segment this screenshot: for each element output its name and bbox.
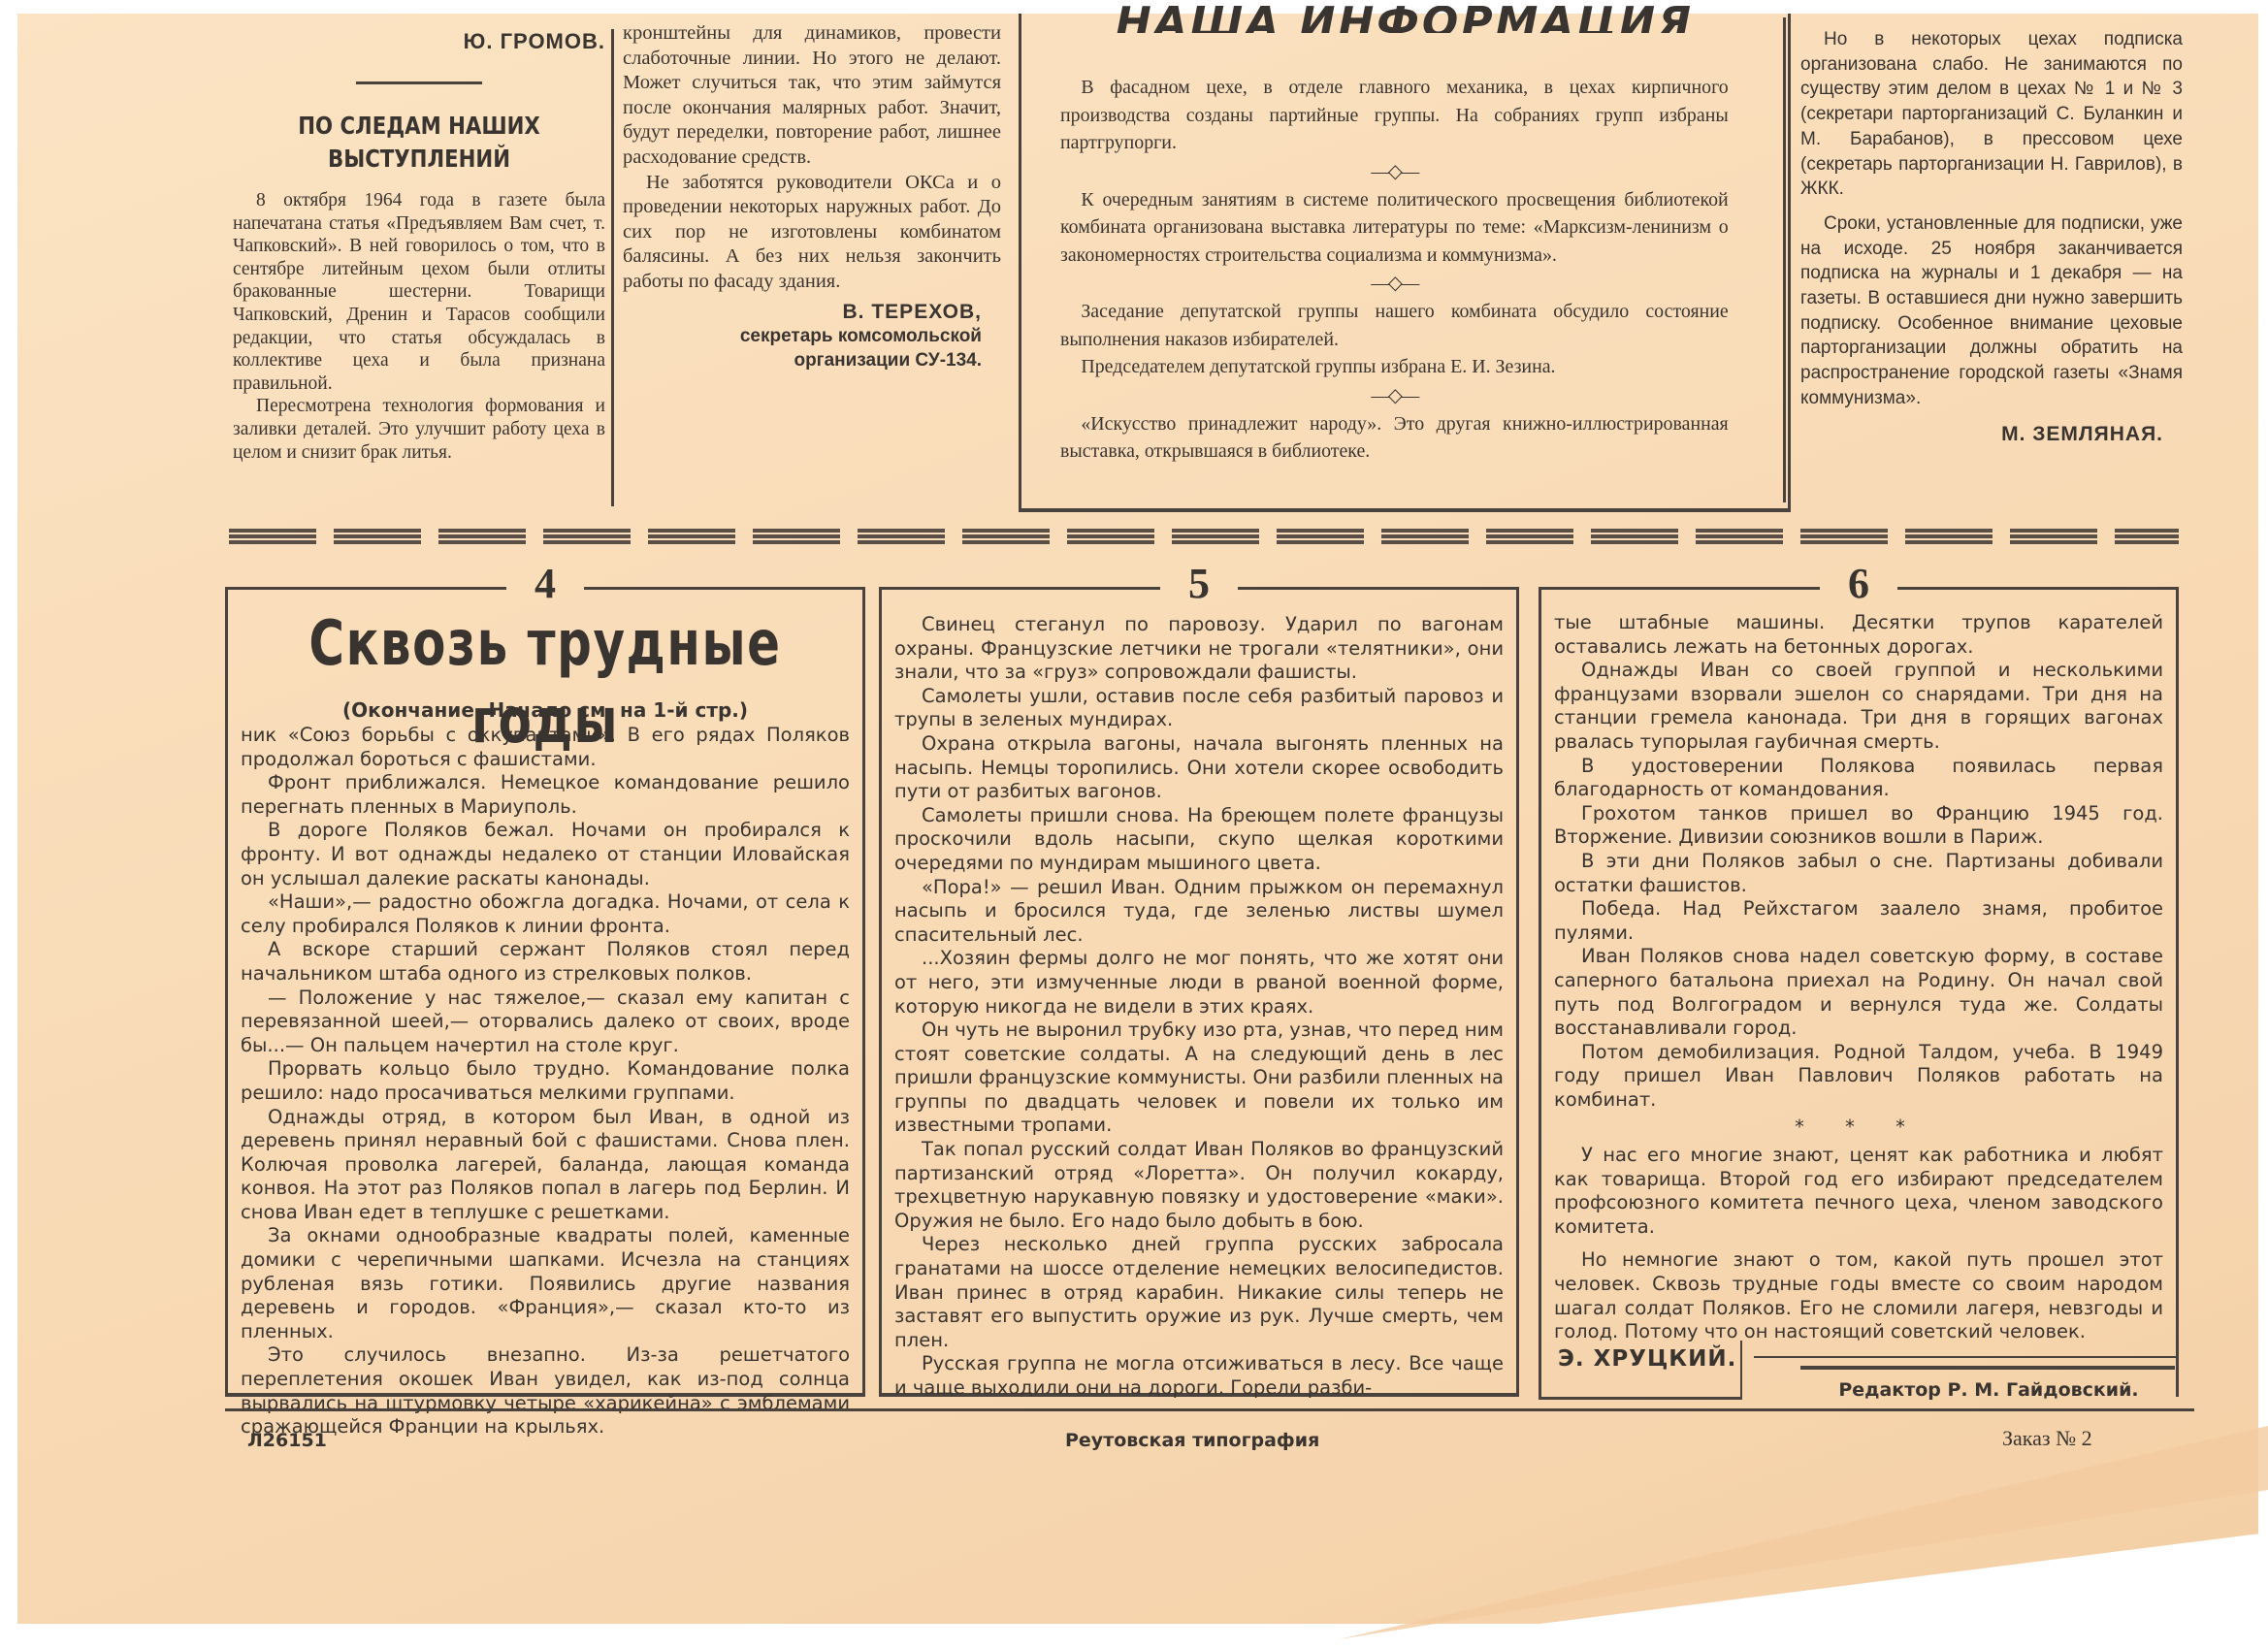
paragraph: Грохотом танков пришел во Францию 1945 г…	[1554, 802, 2163, 850]
paragraph: В дороге Поляков бежал. Ночами он пробир…	[241, 819, 850, 890]
signature-role: организации СУ-134.	[623, 348, 982, 372]
scan-margin	[0, 14, 17, 1624]
byline-gromov: Ю. ГРОМОВ.	[233, 29, 605, 54]
paragraph: Но немногие знают о том, какой путь прош…	[1554, 1248, 2163, 1343]
paragraph: Но в некоторых цехах подписка организова…	[1800, 27, 2183, 202]
column-rule	[1783, 17, 1786, 502]
paragraph: Самолеты пришли снова. На бреющем полете…	[894, 804, 1504, 876]
paragraph: Не заботятся руководители ОКСа и о прове…	[623, 171, 1001, 295]
paragraph: Охрана открыла вагоны, начала выгонять п…	[894, 732, 1504, 804]
article-body: 8 октября 1964 года в газете была напеча…	[233, 189, 605, 464]
article-podpiska: Но в некоторых цехах подписка организова…	[1800, 27, 2183, 446]
paragraph: У нас его многие знают, ценят как работн…	[1554, 1144, 2163, 1239]
paragraph: Так попал русский солдат Иван Поляков во…	[894, 1138, 1504, 1233]
feature-column-4: 4 Сквозь трудные годы (Окончание. Начало…	[225, 563, 865, 1397]
info-content: В фасадном цехе, в отделе главного механ…	[1060, 74, 1729, 466]
signature-zemlyanaya: М. ЗЕМЛЯНАЯ.	[1800, 423, 2163, 446]
column-number: 4	[225, 563, 865, 605]
paragraph: Сроки, установленные для подписки, уже н…	[1800, 211, 2183, 411]
ornament-divider: —◇—	[1060, 157, 1729, 186]
order-number: Заказ № 2	[2002, 1426, 2092, 1451]
article-body: Но в некоторых цехах подписка организова…	[1800, 27, 2183, 411]
ornament-divider: —◇—	[1060, 381, 1729, 410]
paragraph: Он чуть не выронил трубку изо рта, узнав…	[894, 1018, 1504, 1138]
signature-role: секретарь комсомольской	[623, 324, 982, 348]
paragraph: Свинец стеганул по паровозу. Ударил по в…	[894, 613, 1504, 685]
paragraph: Потом демобилизация. Родной Талдом, учеб…	[1554, 1041, 2163, 1113]
rule	[1754, 1356, 2179, 1358]
feature-subtitle: (Окончание. Начало см. на 1-й стр.)	[225, 698, 865, 722]
info-item: Заседание депутатской группы нашего комб…	[1060, 298, 1729, 353]
info-item: Председателем депутатской группы избрана…	[1060, 353, 1729, 381]
paragraph: Победа. Над Рейхстагом заалело знамя, пр…	[1554, 897, 2163, 945]
divider-rule	[356, 81, 482, 84]
paragraph: За окнами однообразные квадраты полей, к…	[241, 1224, 850, 1343]
rule	[1800, 1366, 2175, 1370]
feature-text: ник «Союз борьбы с оккупантами». В его р…	[241, 724, 850, 1439]
paragraph: ник «Союз борьбы с оккупантами». В его р…	[241, 724, 850, 771]
paragraph: кронштейны для динамиков, провести слабо…	[623, 21, 1001, 171]
signature-name: В. ТЕРЕХОВ,	[623, 301, 982, 324]
paragraph: тые штабные машины. Десятки трупов карат…	[1554, 611, 2163, 659]
paragraph: «Наши»,— радостно обожгла догадка. Ночам…	[241, 890, 850, 938]
column-rule	[611, 29, 614, 506]
section-separator: * * *	[1554, 1115, 2163, 1140]
paragraph: Иван Поляков снова надел советскую форму…	[1554, 945, 2163, 1040]
feature-column-5: 5 Свинец стеганул по паровозу. Ударил по…	[879, 563, 1519, 1397]
feature-text: тые штабные машины. Десятки трупов карат…	[1554, 611, 2163, 1354]
feature-text: Свинец стеганул по паровозу. Ударил по в…	[894, 613, 1504, 1401]
paragraph: ...Хозяин фермы долго не мог понять, что…	[894, 947, 1504, 1018]
paragraph: Это случилось внезапно. Из-за решетчатог…	[241, 1343, 850, 1439]
info-item: В фасадном цехе, в отделе главного механ…	[1060, 74, 1729, 157]
paragraph: Однажды Иван со своей группой и нескольк…	[1554, 659, 2163, 754]
printer-name: Реутовская типография	[1065, 1430, 1319, 1451]
paragraph: Прорвать кольцо было трудно. Командовани…	[241, 1057, 850, 1105]
print-code: Л26151	[247, 1430, 327, 1451]
decorative-band	[229, 527, 2179, 544]
paragraph: В удостоверении Полякова появилась перва…	[1554, 755, 2163, 802]
paragraph: Фронт приближался. Немецкое командование…	[241, 771, 850, 819]
article-terekhov: кронштейны для динамиков, провести слабо…	[623, 21, 1001, 372]
info-item: К очередным занятиям в системе политичес…	[1060, 186, 1729, 270]
column-number: 5	[879, 563, 1519, 605]
article-body: кронштейны для динамиков, провести слабо…	[623, 21, 1001, 295]
heading-po-sledam: ПО СЛЕДАМ НАШИХ ВЫСТУПЛЕНИЙ	[261, 110, 577, 176]
paragraph: Русская группа не могла отсиживаться в л…	[894, 1352, 1504, 1400]
column-number: 6	[1539, 563, 2179, 605]
paragraph: «Пора!» — решил Иван. Одним прыжком он п…	[894, 876, 1504, 948]
paragraph: А вскоре старший сержант Поляков стоял п…	[241, 938, 850, 986]
article-po-sledam: Ю. ГРОМОВ. ПО СЛЕДАМ НАШИХ ВЫСТУПЛЕНИЙ 8…	[233, 29, 605, 464]
feature-column-6: 6 тые штабные машины. Десятки трупов кар…	[1539, 563, 2179, 1339]
ornament-divider: —◇—	[1060, 269, 1729, 298]
paragraph: Пересмотрена технология формования и зал…	[233, 395, 605, 464]
paragraph: В эти дни Поляков забыл о сне. Партизаны…	[1554, 850, 2163, 897]
editor-credit: Редактор Р. М. Гайдовский.	[1804, 1379, 2173, 1401]
info-heading: НАША ИНФОРМАЦИЯ	[1021, 6, 1788, 33]
paragraph: — Положение у нас тяжелое,— сказал ему к…	[241, 986, 850, 1058]
footer-rule	[225, 1408, 2194, 1411]
signature-khrutsky: Э. ХРУЦКИЙ.	[1558, 1346, 1736, 1372]
info-item: «Искусство принадлежит народу». Это друг…	[1060, 410, 1729, 466]
info-box: НАША ИНФОРМАЦИЯ В фасадном цехе, в отдел…	[1019, 14, 1791, 512]
paragraph: Самолеты ушли, оставив после себя разбит…	[894, 685, 1504, 732]
paragraph: Однажды отряд, в котором был Иван, в одн…	[241, 1106, 850, 1225]
signature: В. ТЕРЕХОВ, секретарь комсомольской орга…	[623, 301, 982, 372]
paragraph: Через несколько дней группа русских забр…	[894, 1233, 1504, 1352]
paragraph: 8 октября 1964 года в газете была напеча…	[233, 189, 605, 395]
